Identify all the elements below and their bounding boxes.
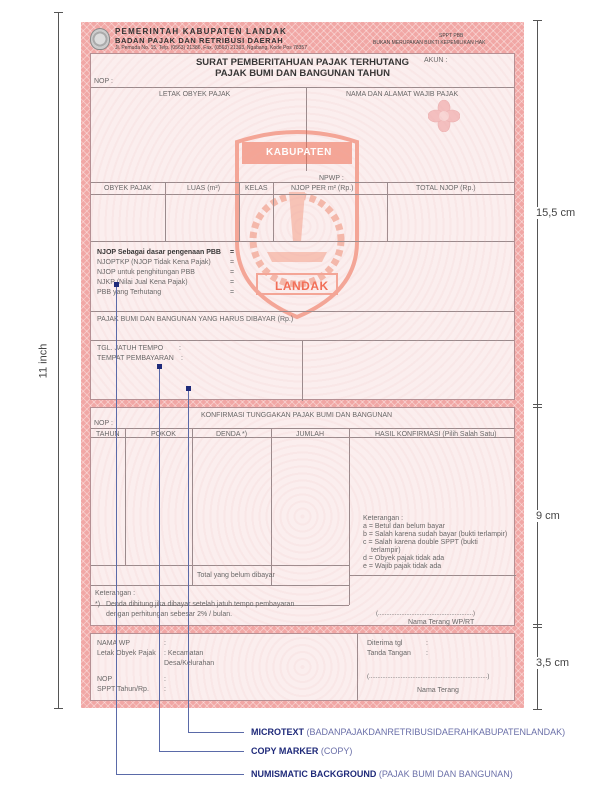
- calc-sep: =: [230, 289, 234, 296]
- col-luas: LUAS (m²): [187, 185, 220, 192]
- form-title-line1: SURAT PEMBERITAHUAN PAJAK TERHUTANG: [91, 57, 514, 68]
- legend-a: a = Betul dan belum bayar: [363, 523, 445, 530]
- field-nop: NOP: [97, 676, 112, 683]
- received-date-colon: :: [426, 640, 428, 647]
- callout-numismatic-title: NUMISMATIC BACKGROUND: [251, 769, 376, 779]
- ruler-tick: [54, 708, 63, 709]
- callout-microtext-detail: (BADANPAJAKDANRETRIBUSIDAERAHKABUPATENLA…: [307, 727, 566, 737]
- divider: [165, 182, 166, 241]
- col-total-njop: TOTAL NJOP (Rp.): [416, 185, 476, 192]
- total-height-label: 11 inch: [37, 344, 49, 379]
- leader-line: [188, 391, 189, 732]
- divider: [91, 428, 514, 429]
- col-pokok: POKOK: [151, 431, 176, 438]
- payment-place-colon: :: [181, 355, 183, 362]
- divider: [91, 585, 349, 586]
- rosette-ornament: [428, 100, 460, 132]
- letak-obyek-label: LETAK OBYEK PAJAK: [159, 91, 230, 98]
- section2-height-label: 9 cm: [536, 510, 560, 522]
- field-nama-wp: NAMA WP: [97, 640, 130, 647]
- calc-pbb-terhutang: PBB yang Terhutang: [97, 289, 161, 296]
- section-sppt: SURAT PEMBERITAHUAN PAJAK TERHUTANG PAJA…: [90, 53, 515, 400]
- divider: [239, 182, 240, 241]
- akun-label: AKUN :: [424, 57, 447, 64]
- height-ruler-right: [537, 20, 538, 710]
- divider: [349, 575, 516, 576]
- divider: [91, 87, 514, 88]
- ruler-tick: [533, 407, 542, 408]
- regency-logo: [90, 28, 110, 50]
- calc-sep: =: [230, 269, 234, 276]
- callout-copy-detail: (COPY): [321, 746, 353, 756]
- divider: [271, 428, 272, 585]
- receiver-signature-caption: Nama Terang: [417, 687, 459, 694]
- divider: [91, 241, 514, 242]
- divider: [91, 565, 349, 566]
- ruler-tick: [533, 20, 542, 21]
- watermark-landak: LANDAK: [275, 280, 329, 292]
- wp-signature-caption: Nama Terang WP/RT: [408, 619, 474, 626]
- leader-line: [116, 287, 117, 774]
- divider: [387, 182, 388, 241]
- ruler-tick: [533, 404, 542, 405]
- received-date-label: Diterima tgl: [367, 640, 402, 647]
- wp-signature-line: (.......................................…: [376, 611, 475, 617]
- field-letak-obyek: Letak Obyek Pajak: [97, 650, 156, 657]
- nama-alamat-label: NAMA DAN ALAMAT WAJIB PAJAK: [346, 91, 458, 98]
- ruler-tick: [533, 624, 542, 625]
- divider: [91, 194, 514, 195]
- nop-label: NOP :: [94, 420, 113, 427]
- col-jumlah: JUMLAH: [296, 431, 324, 438]
- npwp-label: NPWP :: [319, 175, 344, 182]
- calc-njop-dasar: NJOP Sebagai dasar pengenaan PBB: [97, 249, 221, 256]
- legend-c-cont: terlampir): [371, 547, 401, 554]
- header-government: PEMERINTAH KABUPATEN LANDAK: [115, 27, 287, 36]
- receiver-signature-line: (.......................................…: [367, 674, 489, 680]
- divider: [273, 182, 274, 241]
- divider: [302, 340, 303, 401]
- col-denda: DENDA *): [216, 431, 247, 438]
- watermark-kabupaten: KABUPATEN: [266, 148, 332, 158]
- sppt-form-sheet: PEMERINTAH KABUPATEN LANDAK BADAN PAJAK …: [81, 22, 524, 708]
- note-line2: dengan perhitungan sebesar 2% / bulan.: [106, 611, 232, 618]
- divider: [306, 87, 307, 171]
- field-sppt-tahun-value: :: [164, 686, 166, 693]
- due-date-label: TGL. JATUH TEMPO: [97, 345, 163, 352]
- form-title-line2: PAJAK BUMI DAN BANGUNAN TAHUN: [91, 68, 514, 79]
- payment-place-label: TEMPAT PEMBAYARAN: [97, 355, 174, 362]
- nop-label: NOP :: [94, 78, 113, 85]
- legend-c: c = Salah karena double SPPT (bukti: [363, 539, 478, 546]
- divider: [125, 428, 126, 565]
- header-agency: BADAN PAJAK DAN RETRIBUSI DAERAH: [115, 36, 283, 45]
- callout-microtext: MICROTEXT (BADANPAJAKDANRETRIBUSIDAERAHK…: [251, 727, 565, 737]
- field-nama-wp-value: :: [164, 640, 166, 647]
- callout-copy-marker: COPY MARKER (COPY): [251, 746, 352, 756]
- form-code: SPPT PBB: [439, 33, 463, 39]
- signature-label: Tanda Tangan: [367, 650, 411, 657]
- ownership-disclaimer: BUKAN MERUPAKAN BUKTI KEPEMILIKAN HAK: [373, 40, 485, 46]
- note-line1: Denda dihitung jika dibayar setelah jatu…: [106, 601, 294, 608]
- calc-sep: =: [230, 279, 234, 286]
- field-sppt-tahun: SPPT Tahun/Rp.: [97, 686, 149, 693]
- calc-njop-hitung: NJOP untuk penghitungan PBB: [97, 269, 195, 276]
- ruler-tick: [533, 709, 542, 710]
- legend-d: d = Obyek pajak tidak ada: [363, 555, 444, 562]
- col-njop-per-m2: NJOP PER m² (Rp.): [291, 185, 354, 192]
- divider: [357, 634, 358, 700]
- calc-njoptkp: NJOPTKP (NJOP Tidak Kena Pajak): [97, 259, 211, 266]
- total-unpaid-label: Total yang belum dibayar: [197, 572, 275, 579]
- field-desa-value: Desa/Kelurahan: [164, 660, 214, 667]
- section3-height-label: 3,5 cm: [536, 657, 569, 669]
- signature-colon: :: [426, 650, 428, 657]
- header-address: Jl. Pemuda No. 15, Telp. (0563) 21386, F…: [115, 45, 307, 51]
- ruler-tick: [54, 12, 63, 13]
- section-konfirmasi: KONFIRMASI TUNGGAKAN PAJAK BUMI DAN BANG…: [90, 407, 515, 626]
- legend-b: b = Salah karena sudah bayar (bukti terl…: [363, 531, 507, 538]
- col-hasil-konfirmasi: HASIL KONFIRMASI (Pilih Salah Satu): [375, 431, 497, 438]
- leader-line: [116, 774, 244, 775]
- konfirmasi-title: KONFIRMASI TUNGGAKAN PAJAK BUMI DAN BANG…: [201, 412, 392, 419]
- height-ruler-left: [58, 12, 59, 709]
- section-tanda-terima: NAMA WP : Letak Obyek Pajak : Kecamatan …: [90, 633, 515, 701]
- due-date-colon: :: [179, 345, 181, 352]
- field-letak-obyek-value: : Kecamatan: [164, 650, 203, 657]
- leader-line: [159, 751, 244, 752]
- callout-numismatic-detail: (PAJAK BUMI DAN BANGUNAN): [379, 769, 513, 779]
- calc-sep: =: [230, 259, 234, 266]
- col-obyek-pajak: OBYEK PAJAK: [104, 185, 152, 192]
- callout-numismatic: NUMISMATIC BACKGROUND (PAJAK BUMI DAN BA…: [251, 769, 513, 779]
- divider: [349, 428, 350, 605]
- legend-title: Keterangan :: [363, 515, 403, 522]
- ruler-tick: [533, 627, 542, 628]
- calc-sep: =: [230, 249, 234, 256]
- leader-line: [159, 369, 160, 751]
- col-kelas: KELAS: [245, 185, 268, 192]
- legend-e: e = Wajib pajak tidak ada: [363, 563, 441, 570]
- note-marker: *): [95, 601, 100, 608]
- leader-line: [188, 732, 244, 733]
- field-nop-value: :: [164, 676, 166, 683]
- divider: [91, 182, 514, 183]
- must-pay-label: PAJAK BUMI DAN BANGUNAN YANG HARUS DIBAY…: [97, 316, 293, 323]
- divider: [91, 311, 514, 312]
- section1-height-label: 15,5 cm: [536, 207, 575, 219]
- calc-njkp: NJKP (Nilai Jual Kena Pajak): [97, 279, 188, 286]
- callout-copy-title: COPY MARKER: [251, 746, 318, 756]
- callout-microtext-title: MICROTEXT: [251, 727, 304, 737]
- divider: [192, 428, 193, 585]
